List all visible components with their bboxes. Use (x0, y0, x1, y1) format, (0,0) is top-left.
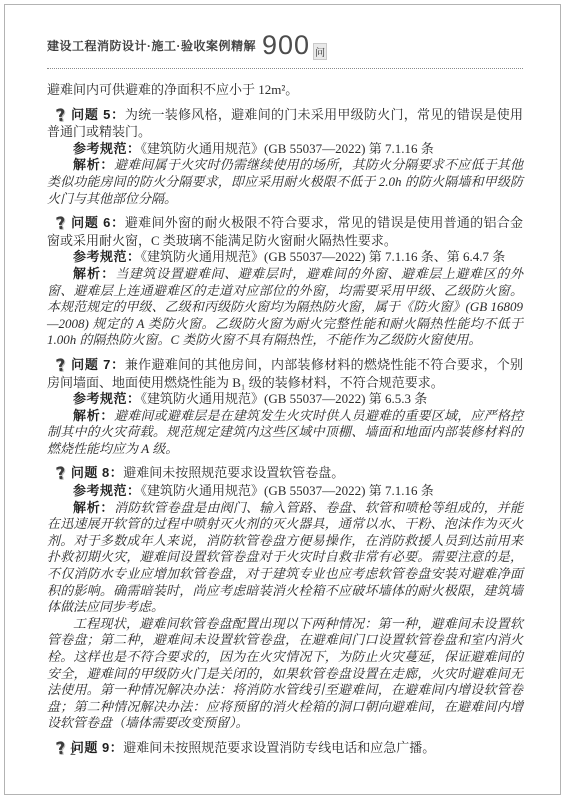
question-7-heading: ?问题 7：兼作避难间的其他房间，内部装修材料的燃烧性能不符合要求，个别房间墙面… (47, 357, 523, 391)
question-6-heading: ?问题 6：避难间外窗的耐火极限不符合要求，常见的错误是使用普通的铝合金窗或采用… (47, 215, 523, 249)
question-9-heading: ?问题 9：避难间未按照规范要求设置消防专线电话和应急广播。 (47, 740, 523, 758)
analysis-text: 消防软管卷盘是由阀门、输入管路、卷盘、软管和喷枪等组成的，并能在迅速展开软管的过… (47, 500, 523, 615)
reference-label: 参考规范： (73, 141, 141, 156)
question-7-analysis: 解析：避难间或避难层是在建筑发生火灾时供人员避难的重要区域，应严格控制其中的火灾… (47, 408, 523, 458)
analysis-label: 解析： (73, 266, 115, 281)
reference-text: 《建筑防火通用规范》(GB 55037—2022) 第 7.1.16 条 (141, 141, 434, 156)
question-5-reference: 参考规范：《建筑防火通用规范》(GB 55037—2022) 第 7.1.16 … (47, 141, 523, 158)
question-mark-icon: ? (55, 740, 67, 758)
question-6-label: 问题 6： (71, 215, 125, 230)
question-8-text: 避难间未按照规范要求设置软管卷盘。 (123, 465, 344, 480)
question-7-label: 问题 7： (71, 357, 125, 372)
analysis-label: 解析： (73, 500, 114, 515)
analysis-label: 解析： (73, 157, 114, 172)
running-head: 建设工程消防设计·施工·验收案例精解900问 (47, 30, 523, 69)
book-title: 建设工程消防设计·施工·验收案例精解 (47, 39, 256, 53)
question-5-analysis: 解析：避难间属于火灾时仍需继续使用的场所，其防火分隔要求不应低于其他类似功能房间… (47, 157, 523, 207)
question-mark-icon: ? (55, 466, 67, 484)
question-mark-icon: ? (55, 107, 67, 125)
analysis-text: 避难间或避难层是在建筑发生火灾时供人员避难的重要区域，应严格控制其中的火灾荷载。… (47, 408, 523, 456)
analysis-text: 工程现状，避难间软管卷盘配置出现以下两种情况：第一种，避难间未设置软管卷盘；第二… (47, 616, 523, 731)
reference-text: 《建筑防火通用规范》(GB 55037—2022) 第 7.1.16 条、第 6… (141, 249, 506, 264)
book-question-count: 900 (262, 30, 310, 60)
question-mark-icon: ? (55, 357, 67, 375)
analysis-text: 当建筑设置避难间、避难层时，避难间的外窗、避难层上避难区的外窗、避难层上连通避难… (47, 266, 523, 347)
analysis-label: 解析： (73, 408, 114, 423)
question-8-reference: 参考规范：《建筑防火通用规范》(GB 55037—2022) 第 7.1.16 … (47, 483, 523, 500)
analysis-text: 避难间属于火灾时仍需继续使用的场所，其防火分隔要求不应低于其他类似功能房间的防火… (47, 157, 523, 205)
question-8-analysis-paragraph-1: 解析：消防软管卷盘是由阀门、输入管路、卷盘、软管和喷枪等组成的，并能在迅速展开软… (47, 500, 523, 616)
question-7-reference: 参考规范：《建筑防火通用规范》(GB 55037—2022) 第 6.5.3 条 (47, 391, 523, 408)
question-mark-icon: ? (55, 216, 67, 234)
reference-text: 《建筑防火通用规范》(GB 55037—2022) 第 6.5.3 条 (141, 391, 428, 406)
question-5-heading: ?问题 5：为统一装修风格，避难间的门未采用甲级防火门，常见的错误是使用普通门或… (47, 107, 523, 141)
reference-label: 参考规范： (73, 483, 141, 498)
book-question-count-suffix: 问 (313, 43, 327, 60)
reference-label: 参考规范： (73, 391, 141, 406)
question-8-heading: ?问题 8：避难间未按照规范要求设置软管卷盘。 (47, 465, 523, 483)
question-6-reference: 参考规范：《建筑防火通用规范》(GB 55037—2022) 第 7.1.16 … (47, 249, 523, 266)
question-9-label: 问题 9： (71, 740, 123, 755)
question-5-label: 问题 5： (71, 107, 125, 122)
page-number: 2 (70, 744, 76, 759)
reference-label: 参考规范： (73, 249, 141, 264)
question-9-text: 避难间未按照规范要求设置消防专线电话和应急广播。 (123, 740, 435, 755)
question-8-label: 问题 8： (71, 465, 123, 480)
question-8-analysis-paragraph-2: 工程现状，避难间软管卷盘配置出现以下两种情况：第一种，避难间未设置软管卷盘；第二… (47, 616, 523, 732)
carryover-paragraph: 避难间内可供避难的净面积不应小于 12m²。 (47, 82, 523, 99)
page-content: 建设工程消防设计·施工·验收案例精解900问 避难间内可供避难的净面积不应小于 … (47, 30, 523, 758)
question-6-analysis: 解析：当建筑设置避难间、避难层时，避难间的外窗、避难层上避难区的外窗、避难层上连… (47, 266, 523, 349)
reference-text: 《建筑防火通用规范》(GB 55037—2022) 第 7.1.16 条 (141, 483, 434, 498)
